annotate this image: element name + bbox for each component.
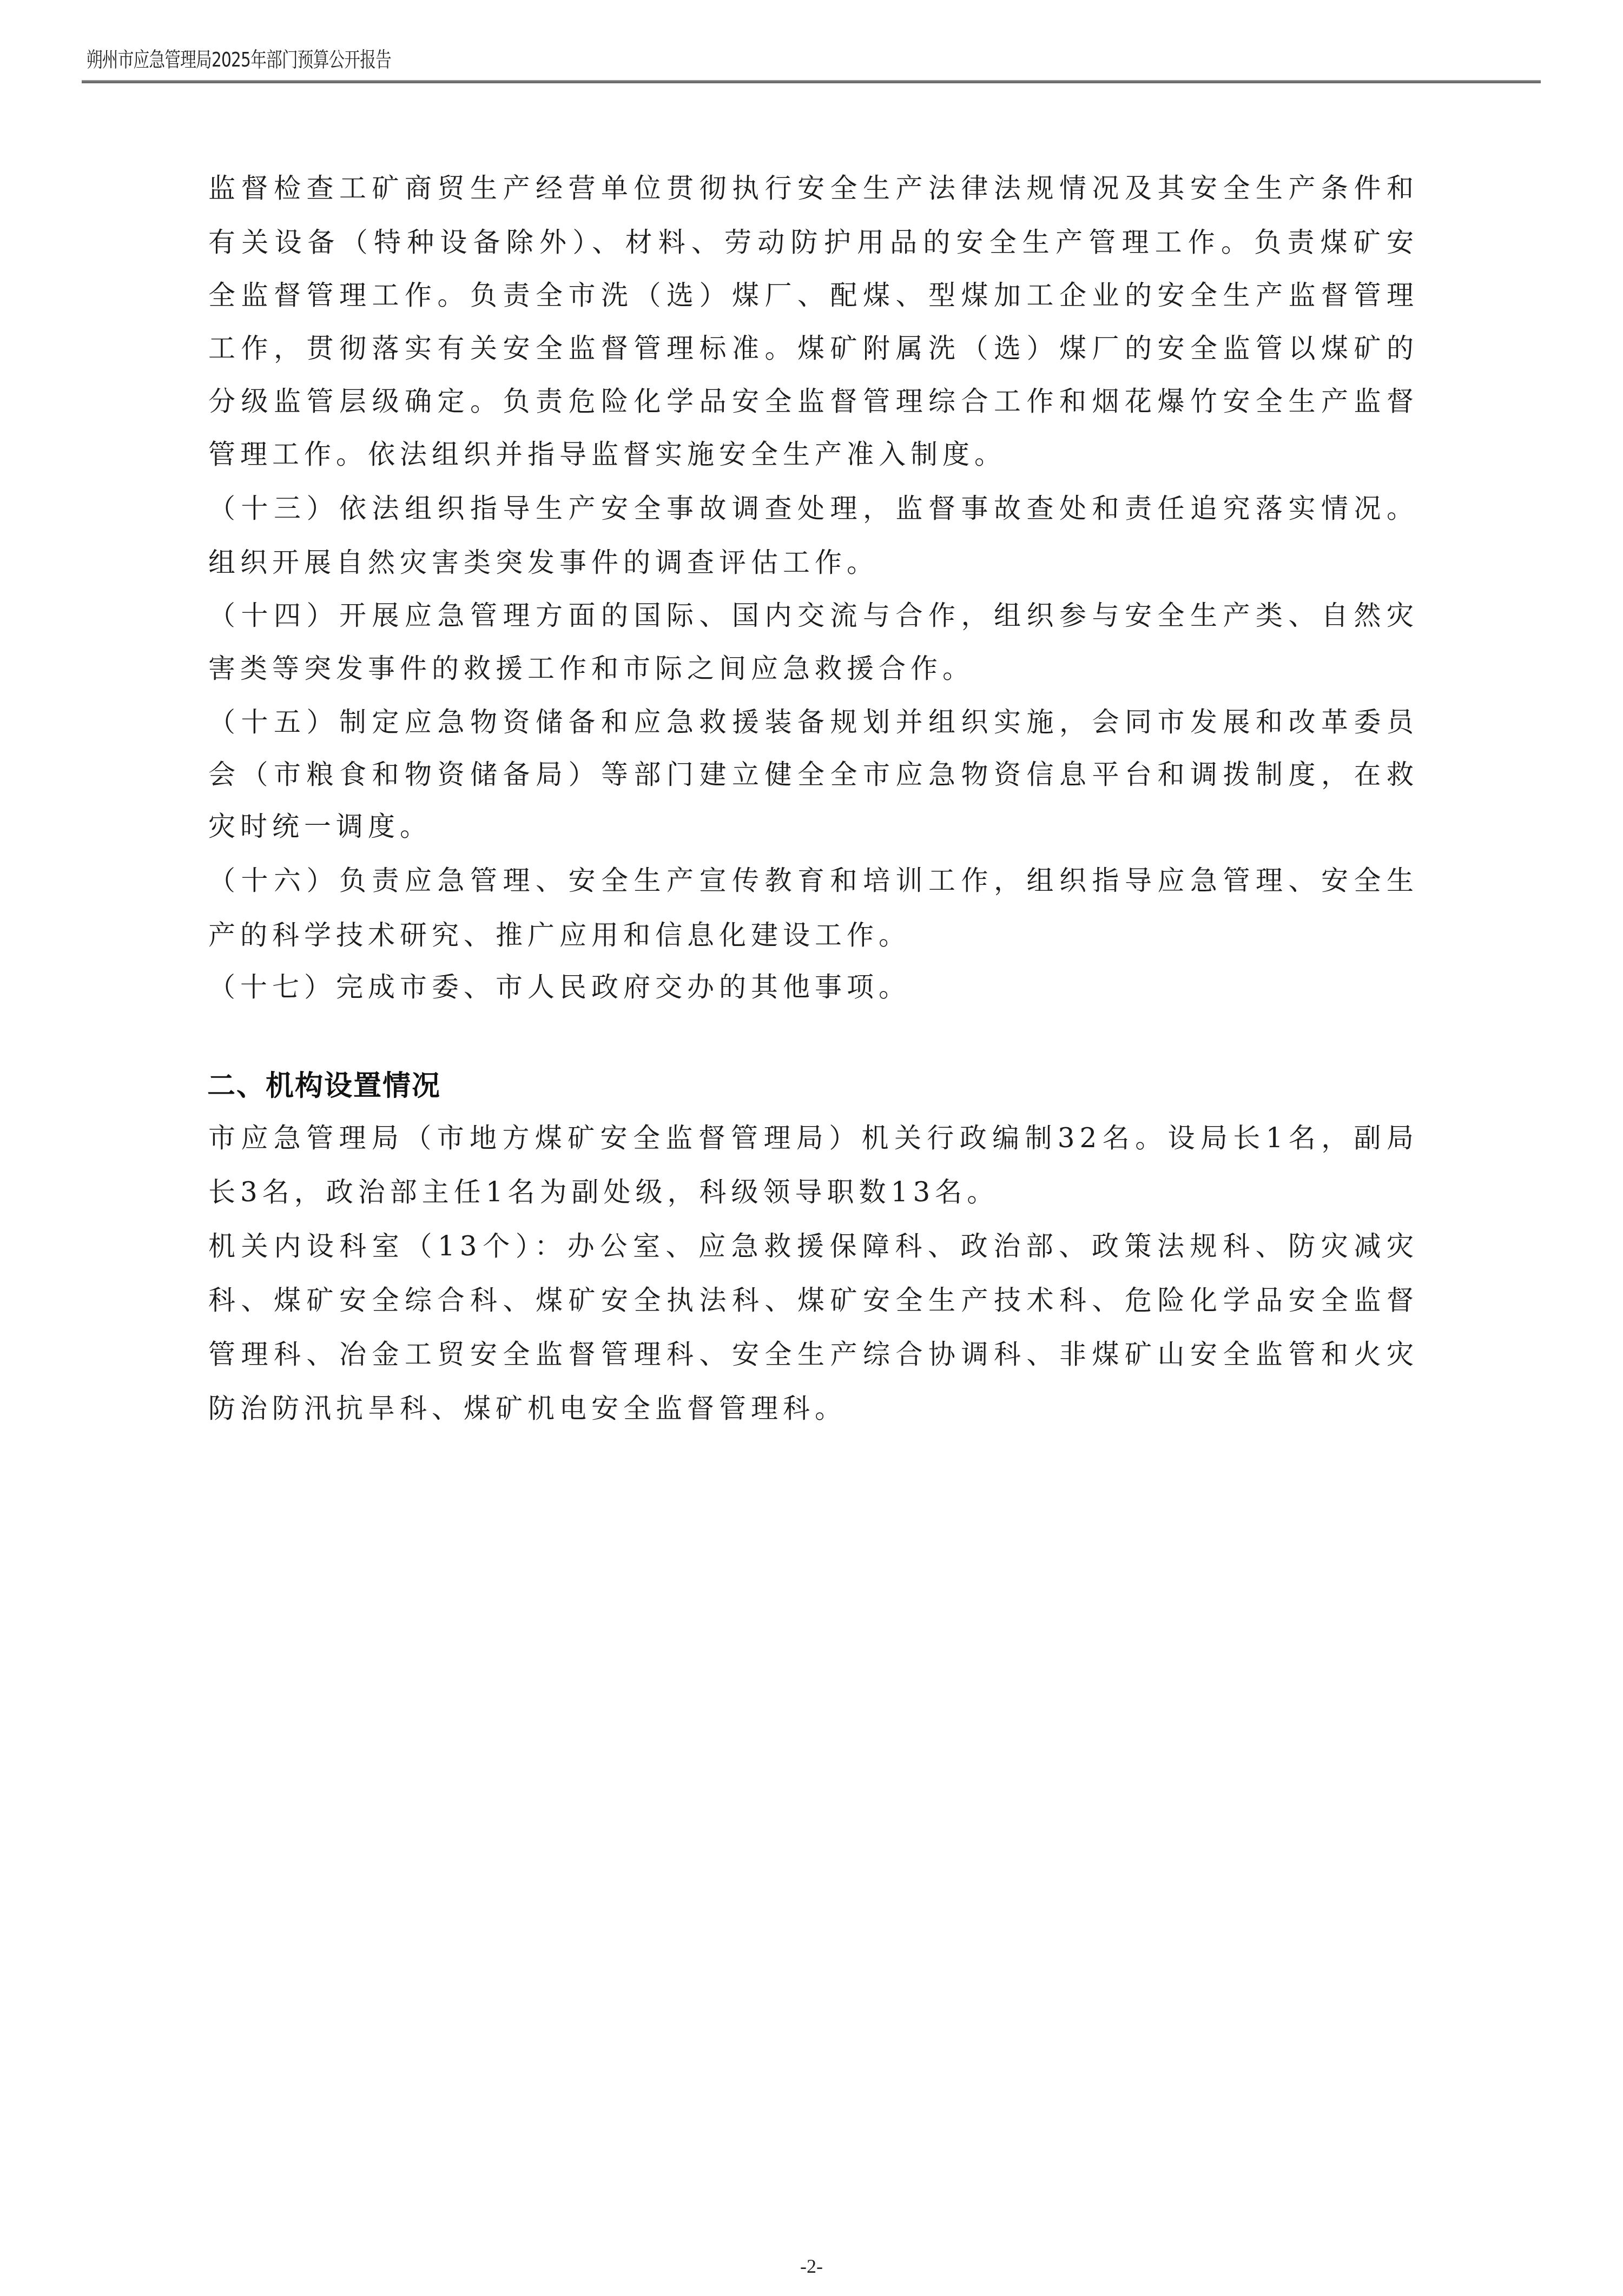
duty-item-16-line: 产的科学技术研究、推广应用和信息化建设工作。 [208,919,1419,951]
departments-line: 机关内设科室（13个）：办公室、应急救援保障科、政治部、政策法规科、防灾减灾 [208,1230,1419,1262]
duty-item-13-line: 组织开展自然灾害类突发事件的调查评估工作。 [208,546,1419,579]
page-number: -2- [0,2254,1623,2278]
duty-item-13-line: （十三）依法组织指导生产安全事故调查处理，监督事故查处和责任追究落实情况。 [208,492,1419,525]
departments-line: 防治防汛抗旱科、煤矿机电安全监督管理科。 [208,1392,1419,1425]
header-rule [82,80,1541,83]
duty-item-14-line: （十四）开展应急管理方面的国际、国内交流与合作，组织参与安全生产类、自然灾 [208,599,1419,632]
duty-item-15-line: 会（市粮食和物资储备局）等部门建立健全全市应急物资信息平台和调拨制度，在救 [208,758,1419,791]
body-line: 管理工作。依法组织并指导监督实施安全生产准入制度。 [208,438,1419,471]
body-line: 分级监管层级确定。负责危险化学品安全监督管理综合工作和烟花爆竹安全生产监督 [208,385,1419,418]
body-line: 有关设备（特种设备除外）、材料、劳动防护用品的安全生产管理工作。负责煤矿安 [208,226,1419,259]
duty-item-14-line: 害类等突发事件的救援工作和市际之间应急救援合作。 [208,652,1419,685]
duty-item-15-line: （十五）制定应急物资储备和应急救援装备规划并组织实施，会同市发展和改革委员 [208,706,1419,738]
staffing-line: 长3名，政治部主任1名为副处级，科级领导职数13名。 [208,1176,1419,1208]
duty-item-17-line: （十七）完成市委、市人民政府交办的其他事项。 [208,971,1419,1003]
duty-item-16-line: （十六）负责应急管理、安全生产宣传教育和培训工作，组织指导应急管理、安全生 [208,864,1419,897]
body-line: 监督检查工矿商贸生产经营单位贯彻执行安全生产法律法规情况及其安全生产条件和 [208,172,1419,204]
body-line: 全监督管理工作。负责全市洗（选）煤厂、配煤、型煤加工企业的安全生产监督管理 [208,279,1419,312]
departments-line: 管理科、冶金工贸安全监督管理科、安全生产综合协调科、非煤矿山安全监管和火灾 [208,1338,1419,1371]
body-line: 工作，贯彻落实有关安全监督管理标准。煤矿附属洗（选）煤厂的安全监管以煤矿的 [208,332,1419,365]
duty-item-15-line: 灾时统一调度。 [208,810,1419,843]
departments-line: 科、煤矿安全综合科、煤矿安全执法科、煤矿安全生产技术科、危险化学品安全监督 [208,1284,1419,1316]
document-page: 朔州市应急管理局2025年部门预算公开报告 监督检查工矿商贸生产经营单位贯彻执行… [0,0,1623,2296]
section-heading-organization: 二、机构设置情况 [207,1069,441,1103]
staffing-line: 市应急管理局（市地方煤矿安全监督管理局）机关行政编制32名。设局长1名，副局 [208,1122,1419,1154]
running-header-title: 朔州市应急管理局2025年部门预算公开报告 [87,48,391,71]
